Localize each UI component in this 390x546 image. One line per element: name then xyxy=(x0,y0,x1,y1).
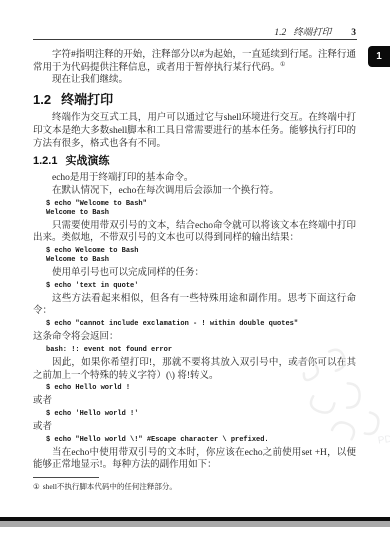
section-title: 终端打印 xyxy=(61,92,113,107)
code-block-exclamation: $ echo "cannot include exclamation - ! w… xyxy=(46,320,356,329)
section-number: 1.2 xyxy=(33,92,51,107)
paragraph-escape-note: 因此，如果你希望打印!，那就不要将其放入双引号中，或者你可以在其之前加上一个特殊… xyxy=(33,357,356,382)
paragraph-echo-newline: 在默认情况下，echo在每次调用后会添加一个换行符。 xyxy=(33,185,356,198)
book-page: 1.2 终端打印 3 1 字符#指明注释的开始，注释部分以#为起始，一直延续到行… xyxy=(0,0,390,546)
running-head: 1.2 终端打印 3 xyxy=(274,24,356,38)
paragraph-or-2: 或者 xyxy=(33,421,356,434)
paragraph-continue: 现在让我们继续。 xyxy=(33,74,356,87)
code-block-hello-world-singlequote: $ echo 'Hello world !' xyxy=(46,410,356,419)
header-rule xyxy=(33,39,357,40)
code-block-hello-world-escape: $ echo "Hello world \!" #Escape characte… xyxy=(46,436,356,445)
code-block-welcome-noquote: $ echo Welcome to Bash Welcome to Bash xyxy=(46,247,356,265)
footnote: ①shell不执行脚本代码中的任何注释部分。 xyxy=(33,482,356,492)
paragraph-terminal-intro: 终端作为交互式工具，用户可以通过它与shell环境进行交互。在终端中打印文本是绝… xyxy=(33,112,356,150)
code-block-welcome-doublequote: $ echo "Welcome to Bash" Welcome to Bash xyxy=(46,200,356,218)
paragraph-echo-basic: echo是用于终端打印的基本命令。 xyxy=(33,172,356,185)
subsection-heading: 1.2.1实战演练 xyxy=(33,155,356,168)
paragraph-comment-intro: 字符#指明注释的开始，注释部分以#为起始，一直延续到行尾。注释行通常用于为代码提… xyxy=(33,49,356,74)
footnote-text: shell不执行脚本代码中的任何注释部分。 xyxy=(43,482,177,491)
watermark-label: PDG xyxy=(377,433,390,447)
paragraph-single-quote: 使用单引号也可以完成同样的任务： xyxy=(33,267,356,280)
section-heading: 1.2终端打印 xyxy=(33,93,356,107)
chapter-tab: 1 xyxy=(368,46,390,67)
paragraph-will-return: 这条命令将会返回： xyxy=(33,331,356,344)
footnote-reference: ① xyxy=(280,62,285,68)
subsection-number: 1.2.1 xyxy=(33,155,57,167)
paragraph-set-h: 当在echo中使用带双引号的文本时，你应该在echo之前使用set +H，以便能… xyxy=(33,447,356,472)
page-body: 字符#指明注释的开始，注释部分以#为起始，一直延续到行尾。注释行通常用于为代码提… xyxy=(33,49,356,492)
footnote-rule xyxy=(33,477,99,478)
code-block-bash-error: bash: !: event not found error xyxy=(46,346,356,355)
scan-edge-bar-gray xyxy=(0,521,390,527)
running-head-section-number: 1.2 xyxy=(274,28,286,38)
paragraph-double-quote: 只需要使用带双引号的文本，结合echo命令就可以将该文本在终端中打印出来。类似地… xyxy=(33,220,356,245)
subsection-title: 实战演练 xyxy=(65,155,109,167)
code-block-single-quote: $ echo 'text in quote' xyxy=(46,282,356,291)
paragraph-text: 字符#指明注释的开始，注释部分以#为起始，一直延续到行尾。注释行通常用于为代码提… xyxy=(33,50,356,73)
chapter-tab-label: 1 xyxy=(376,51,382,62)
footnote-mark: ① xyxy=(33,482,40,491)
running-head-section-title: 终端打印 xyxy=(293,24,331,38)
paragraph-or-1: 或者 xyxy=(33,395,356,408)
paragraph-similar: 这些方法看起来相似，但各有一些特殊用途和副作用。思考下面这行命令： xyxy=(33,293,356,318)
page-number: 3 xyxy=(351,28,356,38)
code-block-hello-world: $ echo Hello world ! xyxy=(46,384,356,393)
